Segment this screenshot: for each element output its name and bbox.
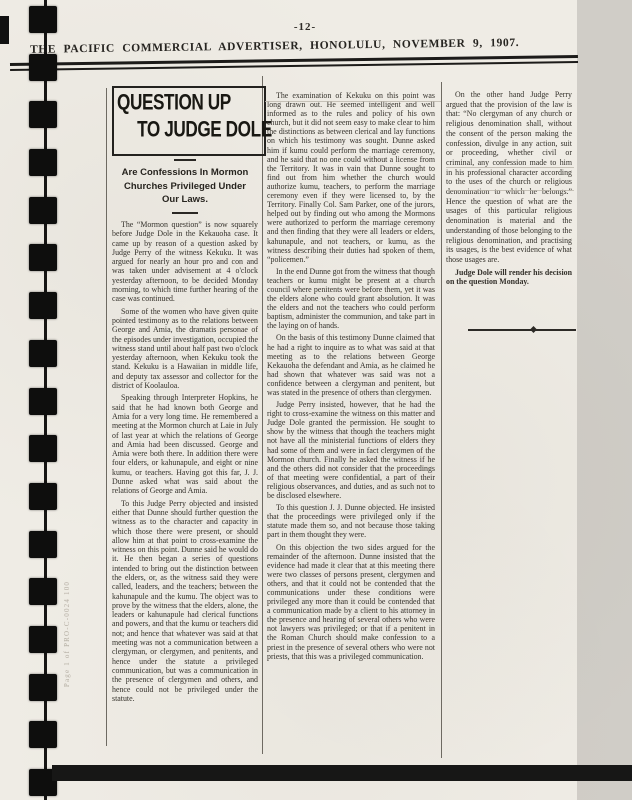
article-paragraph: The examination of Kekuku on this point …: [267, 91, 435, 264]
article-paragraph: To this Judge Perry objected and insiste…: [112, 499, 258, 704]
article-paragraph: On the other hand Judge Perry argued tha…: [446, 90, 572, 265]
binding-tab: [29, 340, 57, 367]
binding-tab: [29, 101, 57, 128]
binding-tab: [29, 149, 57, 176]
binding-tab: [29, 674, 57, 701]
article-column-2: The examination of Kekuku on this point …: [267, 91, 435, 763]
headline-line2: TO JUDGE DOLE: [137, 115, 261, 145]
subhead-line: Churches Privileged Under: [108, 180, 262, 194]
column-rule-1-2: [262, 76, 263, 754]
binding-tab: [29, 197, 57, 224]
binding-tab: [29, 388, 57, 415]
article-paragraph: The “Mormon question” is now squarely be…: [112, 220, 258, 304]
column-rule-2-3: [441, 82, 442, 758]
binding-tab: [29, 244, 57, 271]
binding-tab: [29, 54, 57, 81]
article-closing-paragraph: Judge Dole will render his decision on t…: [446, 268, 572, 287]
scan-crease: [446, 167, 574, 168]
article-end-rule: [468, 329, 576, 331]
article-paragraph: Speaking through Interpreter Hopkins, he…: [112, 393, 258, 495]
binding-tab: [29, 626, 57, 653]
masthead-double-rule: [10, 55, 578, 71]
subhead: Are Confessions In Mormon Churches Privi…: [108, 166, 262, 207]
subhead-line: Our Laws.: [108, 193, 262, 207]
binding-tab: [29, 292, 57, 319]
article-paragraph: Judge Perry insisted, however, that he h…: [267, 400, 435, 500]
binding-tab: [29, 578, 57, 605]
binding-tab: [29, 435, 57, 462]
page-number: -12-: [270, 21, 340, 33]
article-paragraph: On this objection the two sides argued f…: [267, 543, 435, 661]
margin-vertical-label: Page 1 of PRO-C-0024 100: [63, 559, 71, 709]
article-paragraph: On the basis of this testimony Dunne cla…: [267, 333, 435, 397]
binding-tab: [29, 721, 57, 748]
scan-artifact-mark: [0, 16, 9, 44]
headline-box: QUESTION UP TO JUDGE DOLE: [112, 86, 266, 156]
subhead-line: Are Confessions In Mormon: [108, 166, 262, 180]
scan-crease: [265, 101, 441, 102]
binding-tab: [29, 531, 57, 558]
scanned-newspaper-page: -12- THE PACIFIC COMMERCIAL ADVERTISER, …: [0, 0, 632, 800]
binding-combs: [29, 6, 57, 796]
headline-line1: QUESTION UP: [117, 88, 241, 118]
scan-crease: [446, 190, 574, 191]
small-rule: [174, 159, 196, 161]
article-paragraph: To this question J. J. Dunne objected. H…: [267, 503, 435, 539]
article-column-3: On the other hand Judge Perry argued tha…: [446, 90, 572, 410]
article-column-1: The “Mormon question” is now squarely be…: [112, 220, 258, 748]
binding-tab: [29, 483, 57, 510]
small-rule: [172, 212, 198, 214]
masthead: THE PACIFIC COMMERCIAL ADVERTISER, HONOL…: [30, 36, 578, 56]
article-paragraph: Some of the women who have given quite p…: [112, 307, 258, 391]
scan-right-margin: [577, 0, 632, 800]
binding-tab: [29, 6, 57, 33]
article-paragraph: In the end Dunne got from the witness th…: [267, 267, 435, 331]
scan-bottom-band: [52, 765, 632, 781]
column-rule-left: [106, 88, 107, 746]
